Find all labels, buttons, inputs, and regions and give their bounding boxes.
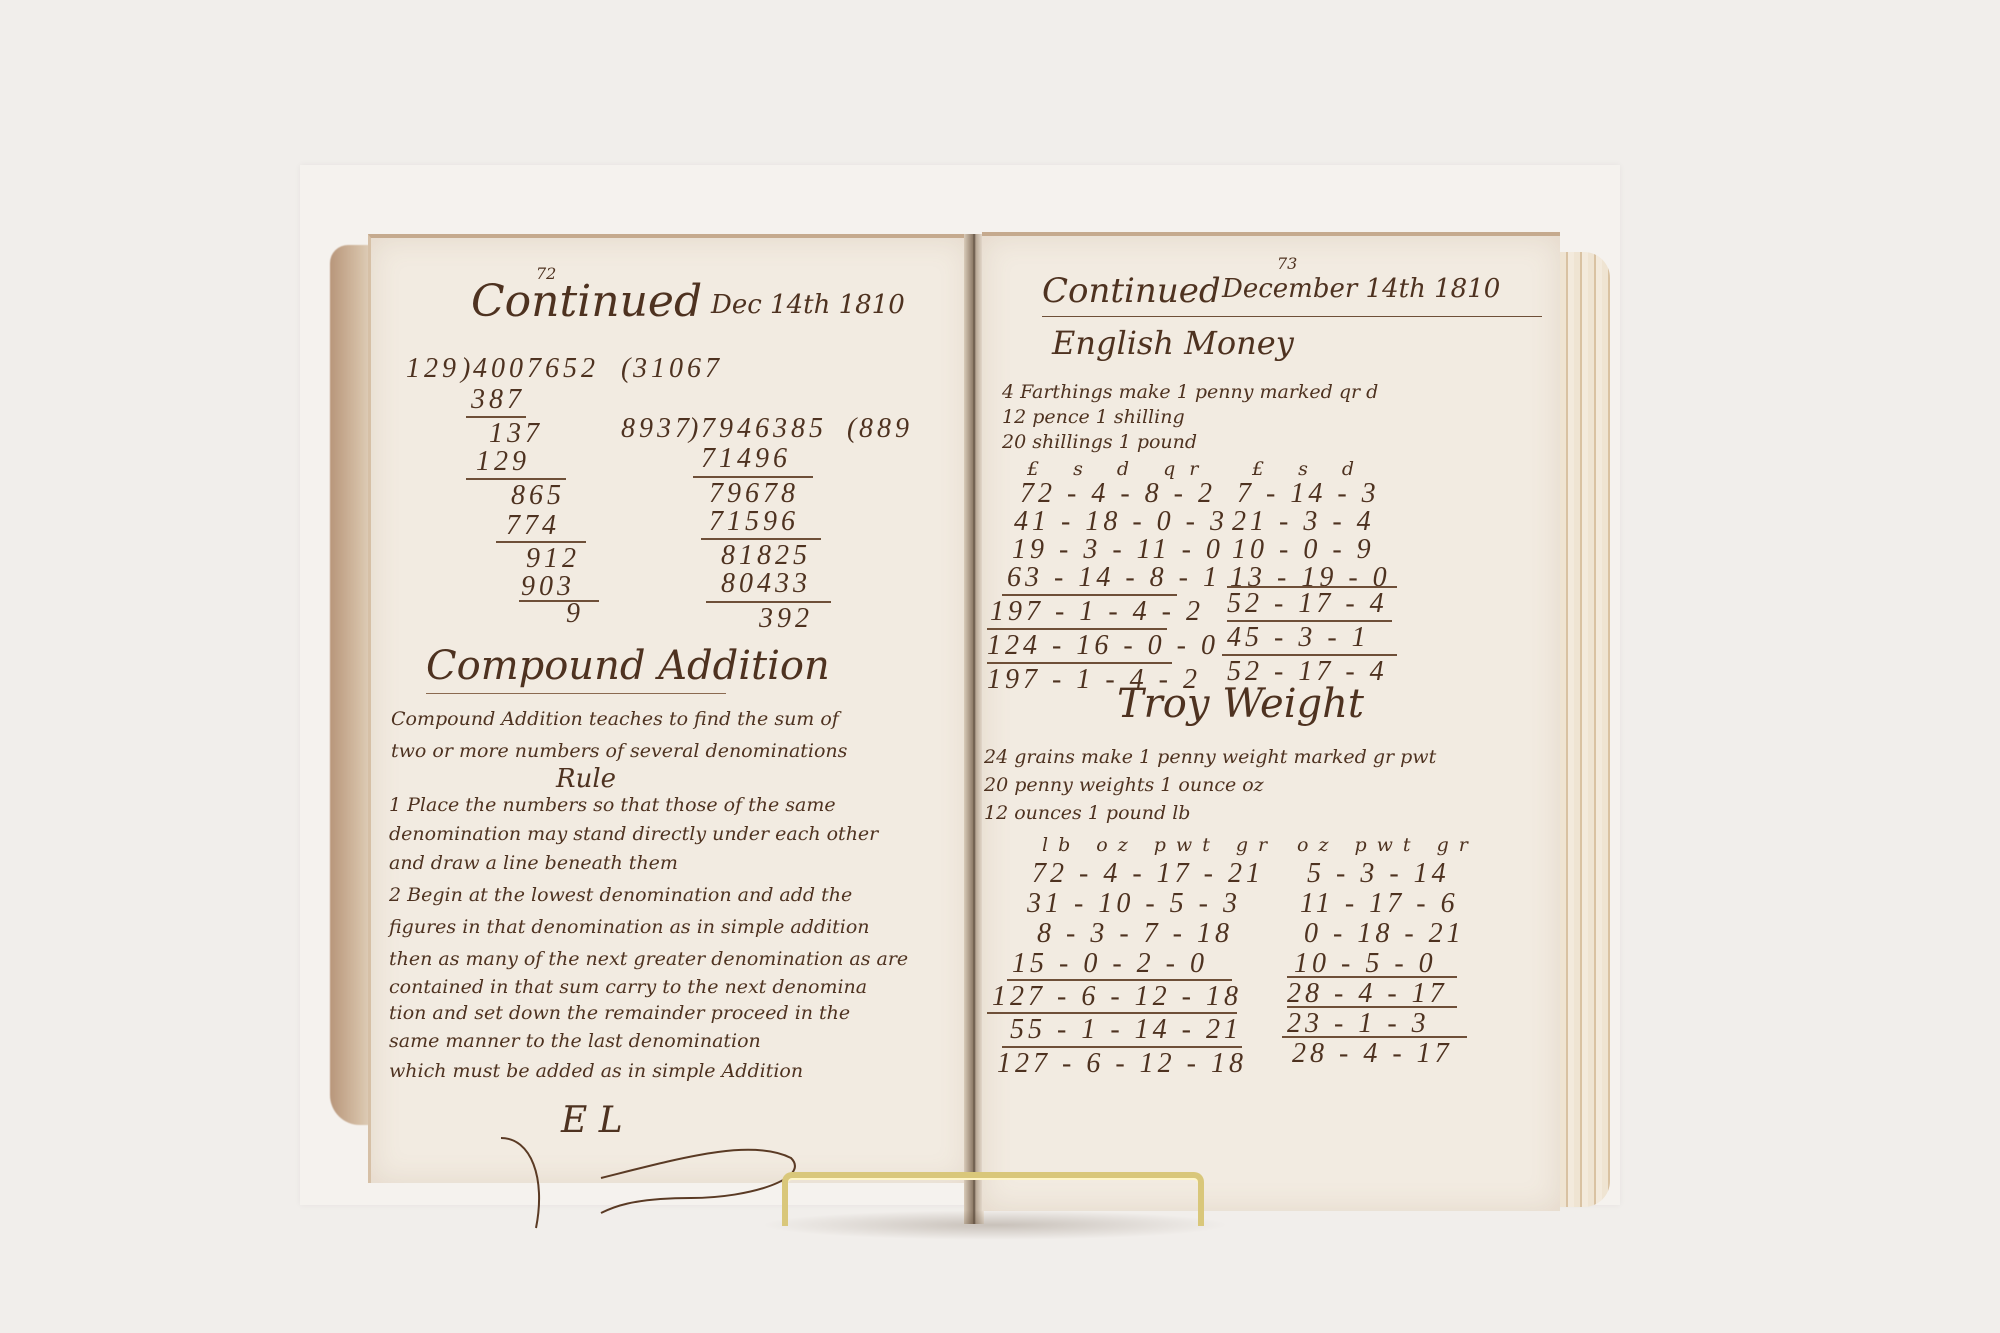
check-line: 45 - 3 - 1 — [1227, 622, 1370, 654]
step: 392 — [759, 603, 813, 635]
rule-line: 2 Begin at the lowest denomination and a… — [389, 884, 852, 906]
book-gutter — [964, 234, 984, 1224]
divisor: 129 — [406, 353, 460, 385]
rule-line: which must be added as in simple Additio… — [389, 1060, 803, 1082]
step: 387 — [471, 384, 525, 416]
check-line: 127 - 6 - 12 - 18 — [997, 1048, 1247, 1080]
quotient: 889 — [859, 413, 913, 445]
money-table-line: 20 shillings 1 pound — [1002, 431, 1197, 453]
page-number: 73 — [1277, 254, 1297, 273]
column-heads: oz pwt gr — [1297, 834, 1478, 856]
page-stack-edge — [1560, 252, 1610, 1207]
addend: 15 - 0 - 2 - 0 — [1012, 948, 1208, 980]
addend: 72 - 4 - 17 - 21 — [1032, 858, 1264, 890]
section-title-english-money: English Money — [1052, 324, 1294, 362]
dividend: 4007652 — [473, 353, 599, 385]
addend: 31 - 10 - 5 - 3 — [1027, 888, 1241, 920]
dividend: 7946385 — [701, 413, 827, 445]
step: 865 — [511, 480, 565, 512]
rule-line: same manner to the last denomination — [389, 1030, 761, 1052]
column-heads: £ s d qr — [1027, 458, 1212, 480]
right-page: 73 Continued December 14th 1810 English … — [982, 232, 1560, 1211]
addend: 8 - 3 - 7 - 18 — [1037, 918, 1233, 950]
quotient: 31067 — [633, 353, 723, 385]
page-heading: Continued — [1042, 271, 1221, 311]
sum-total: 52 - 17 - 4 — [1227, 588, 1388, 620]
addend: 0 - 18 - 21 — [1304, 918, 1465, 950]
addend: 5 - 3 - 14 — [1307, 858, 1450, 890]
sum-total: 197 - 1 - 4 - 2 — [990, 596, 1204, 628]
step: 71496 — [701, 443, 791, 475]
money-table-line: 4 Farthings make 1 penny marked qr d — [1002, 381, 1378, 403]
page-heading: Continued — [471, 276, 702, 327]
troy-table-line: 20 penny weights 1 ounce oz — [984, 774, 1264, 796]
heading-date: December 14th 1810 — [1222, 274, 1500, 304]
sum-total: 127 - 6 - 12 - 18 — [992, 981, 1242, 1013]
left-page: 72 Continued Dec 14th 1810 129 ) 4007652… — [368, 234, 969, 1183]
column-heads: lb oz pwt gr — [1042, 834, 1277, 856]
rule-line: and draw a line beneath them — [389, 852, 678, 874]
rule-line: 1 Place the numbers so that those of the… — [389, 794, 836, 816]
addend: 63 - 14 - 8 - 1 — [1007, 562, 1221, 594]
check-line: 124 - 16 - 0 - 0 — [987, 630, 1219, 662]
definition-line: Compound Addition teaches to find the su… — [391, 708, 839, 730]
addend: 11 - 17 - 6 — [1300, 888, 1459, 920]
section-title-troy-weight: Troy Weight — [1117, 681, 1364, 727]
rule-line: contained in that sum carry to the next … — [389, 976, 867, 998]
check-line: 28 - 4 - 17 — [1292, 1038, 1453, 1070]
divisor: 8937 — [621, 413, 693, 445]
rule-title: Rule — [556, 764, 616, 794]
heading-date: Dec 14th 1810 — [711, 290, 905, 320]
brass-book-stand — [782, 1172, 1204, 1226]
rule-line: denomination may stand directly under ea… — [389, 823, 878, 845]
step: 774 — [506, 510, 560, 542]
definition-line: two or more numbers of several denominat… — [391, 740, 847, 762]
step: 71596 — [709, 506, 799, 538]
rule-line: tion and set down the remainder proceed … — [389, 1002, 850, 1024]
step: 9 — [566, 598, 584, 630]
section-title: Compound Addition — [426, 643, 830, 689]
check-line: 55 - 1 - 14 - 21 — [1010, 1014, 1242, 1046]
money-table-line: 12 pence 1 shilling — [1002, 406, 1185, 428]
troy-table-line: 24 grains make 1 penny weight marked gr … — [984, 746, 1436, 768]
rule-line: figures in that denomination as in simpl… — [389, 916, 870, 938]
column-heads: £ s d — [1252, 458, 1368, 480]
rule-line: then as many of the next greater denomin… — [389, 948, 908, 970]
step: 129 — [476, 446, 530, 478]
step: 80433 — [721, 568, 811, 600]
troy-table-line: 12 ounces 1 pound lb — [984, 802, 1190, 824]
